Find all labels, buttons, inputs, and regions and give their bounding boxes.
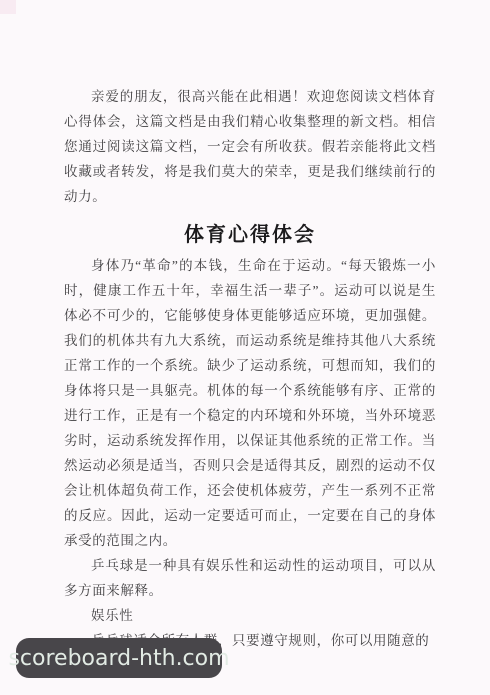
page-title: 体育心得体会 [64, 218, 436, 247]
body-paragraph-1: 身体乃“革命”的本钱，生命在于运动。“每天锻炼一小时，健康工作五十年，幸福生活一… [64, 253, 436, 553]
watermark-label: scoreboard-hth.com [8, 646, 229, 671]
intro-paragraph: 亲爱的朋友，很高兴能在此相遇！欢迎您阅读文档体育心得体会，这篇文档是由我们精心收… [64, 84, 436, 209]
section-label-entertainment: 娱乐性 [64, 603, 436, 628]
watermark-badge: scoreboard-hth.com [16, 638, 222, 678]
document-page: 亲爱的朋友，很高兴能在此相遇！欢迎您阅读文档体育心得体会，这篇文档是由我们精心收… [0, 0, 490, 695]
corner-pink-mark [0, 0, 16, 14]
document-content: 亲爱的朋友，很高兴能在此相遇！欢迎您阅读文档体育心得体会，这篇文档是由我们精心收… [64, 84, 436, 678]
body-paragraph-2: 乒乓球是一种具有娱乐性和运动性的运动项目，可以从多方面来解释。 [64, 553, 436, 603]
